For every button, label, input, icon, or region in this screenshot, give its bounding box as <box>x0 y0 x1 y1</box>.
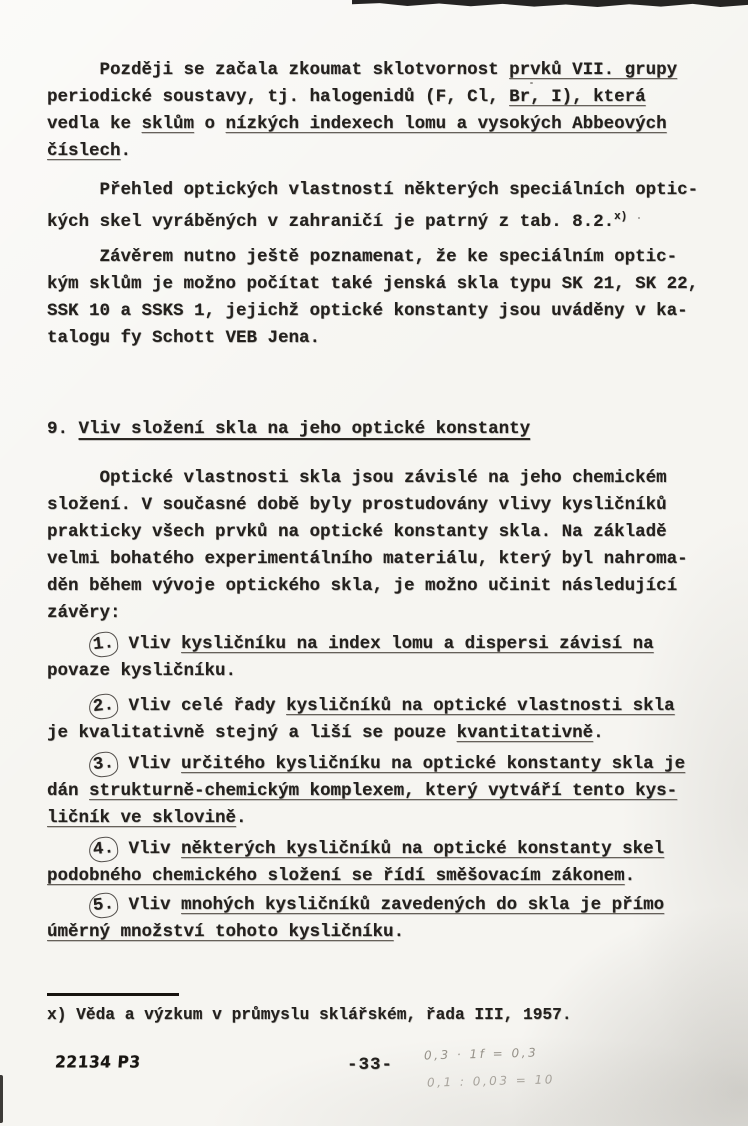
paragraph-overview-table-reference: Přehled optických vlastností některých s… <box>47 177 718 236</box>
print-code-stamp: 22134 P3 <box>54 1052 141 1071</box>
scanned-document-page: Později se začala zkoumat sklotvornost p… <box>0 0 748 1126</box>
scan-artifact-left-edge <box>0 1075 3 1123</box>
conclusion-item-4: 4. Vliv některých kysličníků na optické … <box>47 836 718 890</box>
conclusion-item-3: 3. Vliv určitého kysličníku na optické k… <box>47 751 718 832</box>
footnote-block: x) Věda a výzkum v průmyslu sklářském, ř… <box>47 993 572 1027</box>
paragraph-glass-forming-halogens: Později se začala zkoumat sklotvornost p… <box>47 57 718 165</box>
paragraph-section-intro: Optické vlastnosti skla jsou závislé na … <box>47 465 718 627</box>
conclusion-item-5: 5. Vliv mnohých kysličníků zavedených do… <box>47 892 718 946</box>
pencil-calculation-2: 0,1 : 0,03 = 10 <box>427 1072 555 1089</box>
paragraph-schott-jena-glasses: Závěrem nutno ještě poznamenat, že ke sp… <box>47 244 718 352</box>
scan-artifact-top-edge <box>352 0 748 7</box>
footnote-citation: x) Věda a výzkum v průmyslu sklářském, ř… <box>47 1003 572 1027</box>
pencil-calculation-1: 0,3 · 1f = 0,3 <box>424 1046 538 1063</box>
typewritten-content: Později se začala zkoumat sklotvornost p… <box>47 57 718 946</box>
section-heading-9: 9. Vliv složení skla na jeho optické kon… <box>47 416 718 443</box>
conclusion-item-1: 1. Vliv kysličníku na index lomu a dispe… <box>47 631 718 685</box>
footnote-divider <box>47 993 179 996</box>
conclusion-item-2: 2. Vliv celé řady kysličníků na optické … <box>47 693 718 747</box>
page-number: -33- <box>347 1055 393 1075</box>
